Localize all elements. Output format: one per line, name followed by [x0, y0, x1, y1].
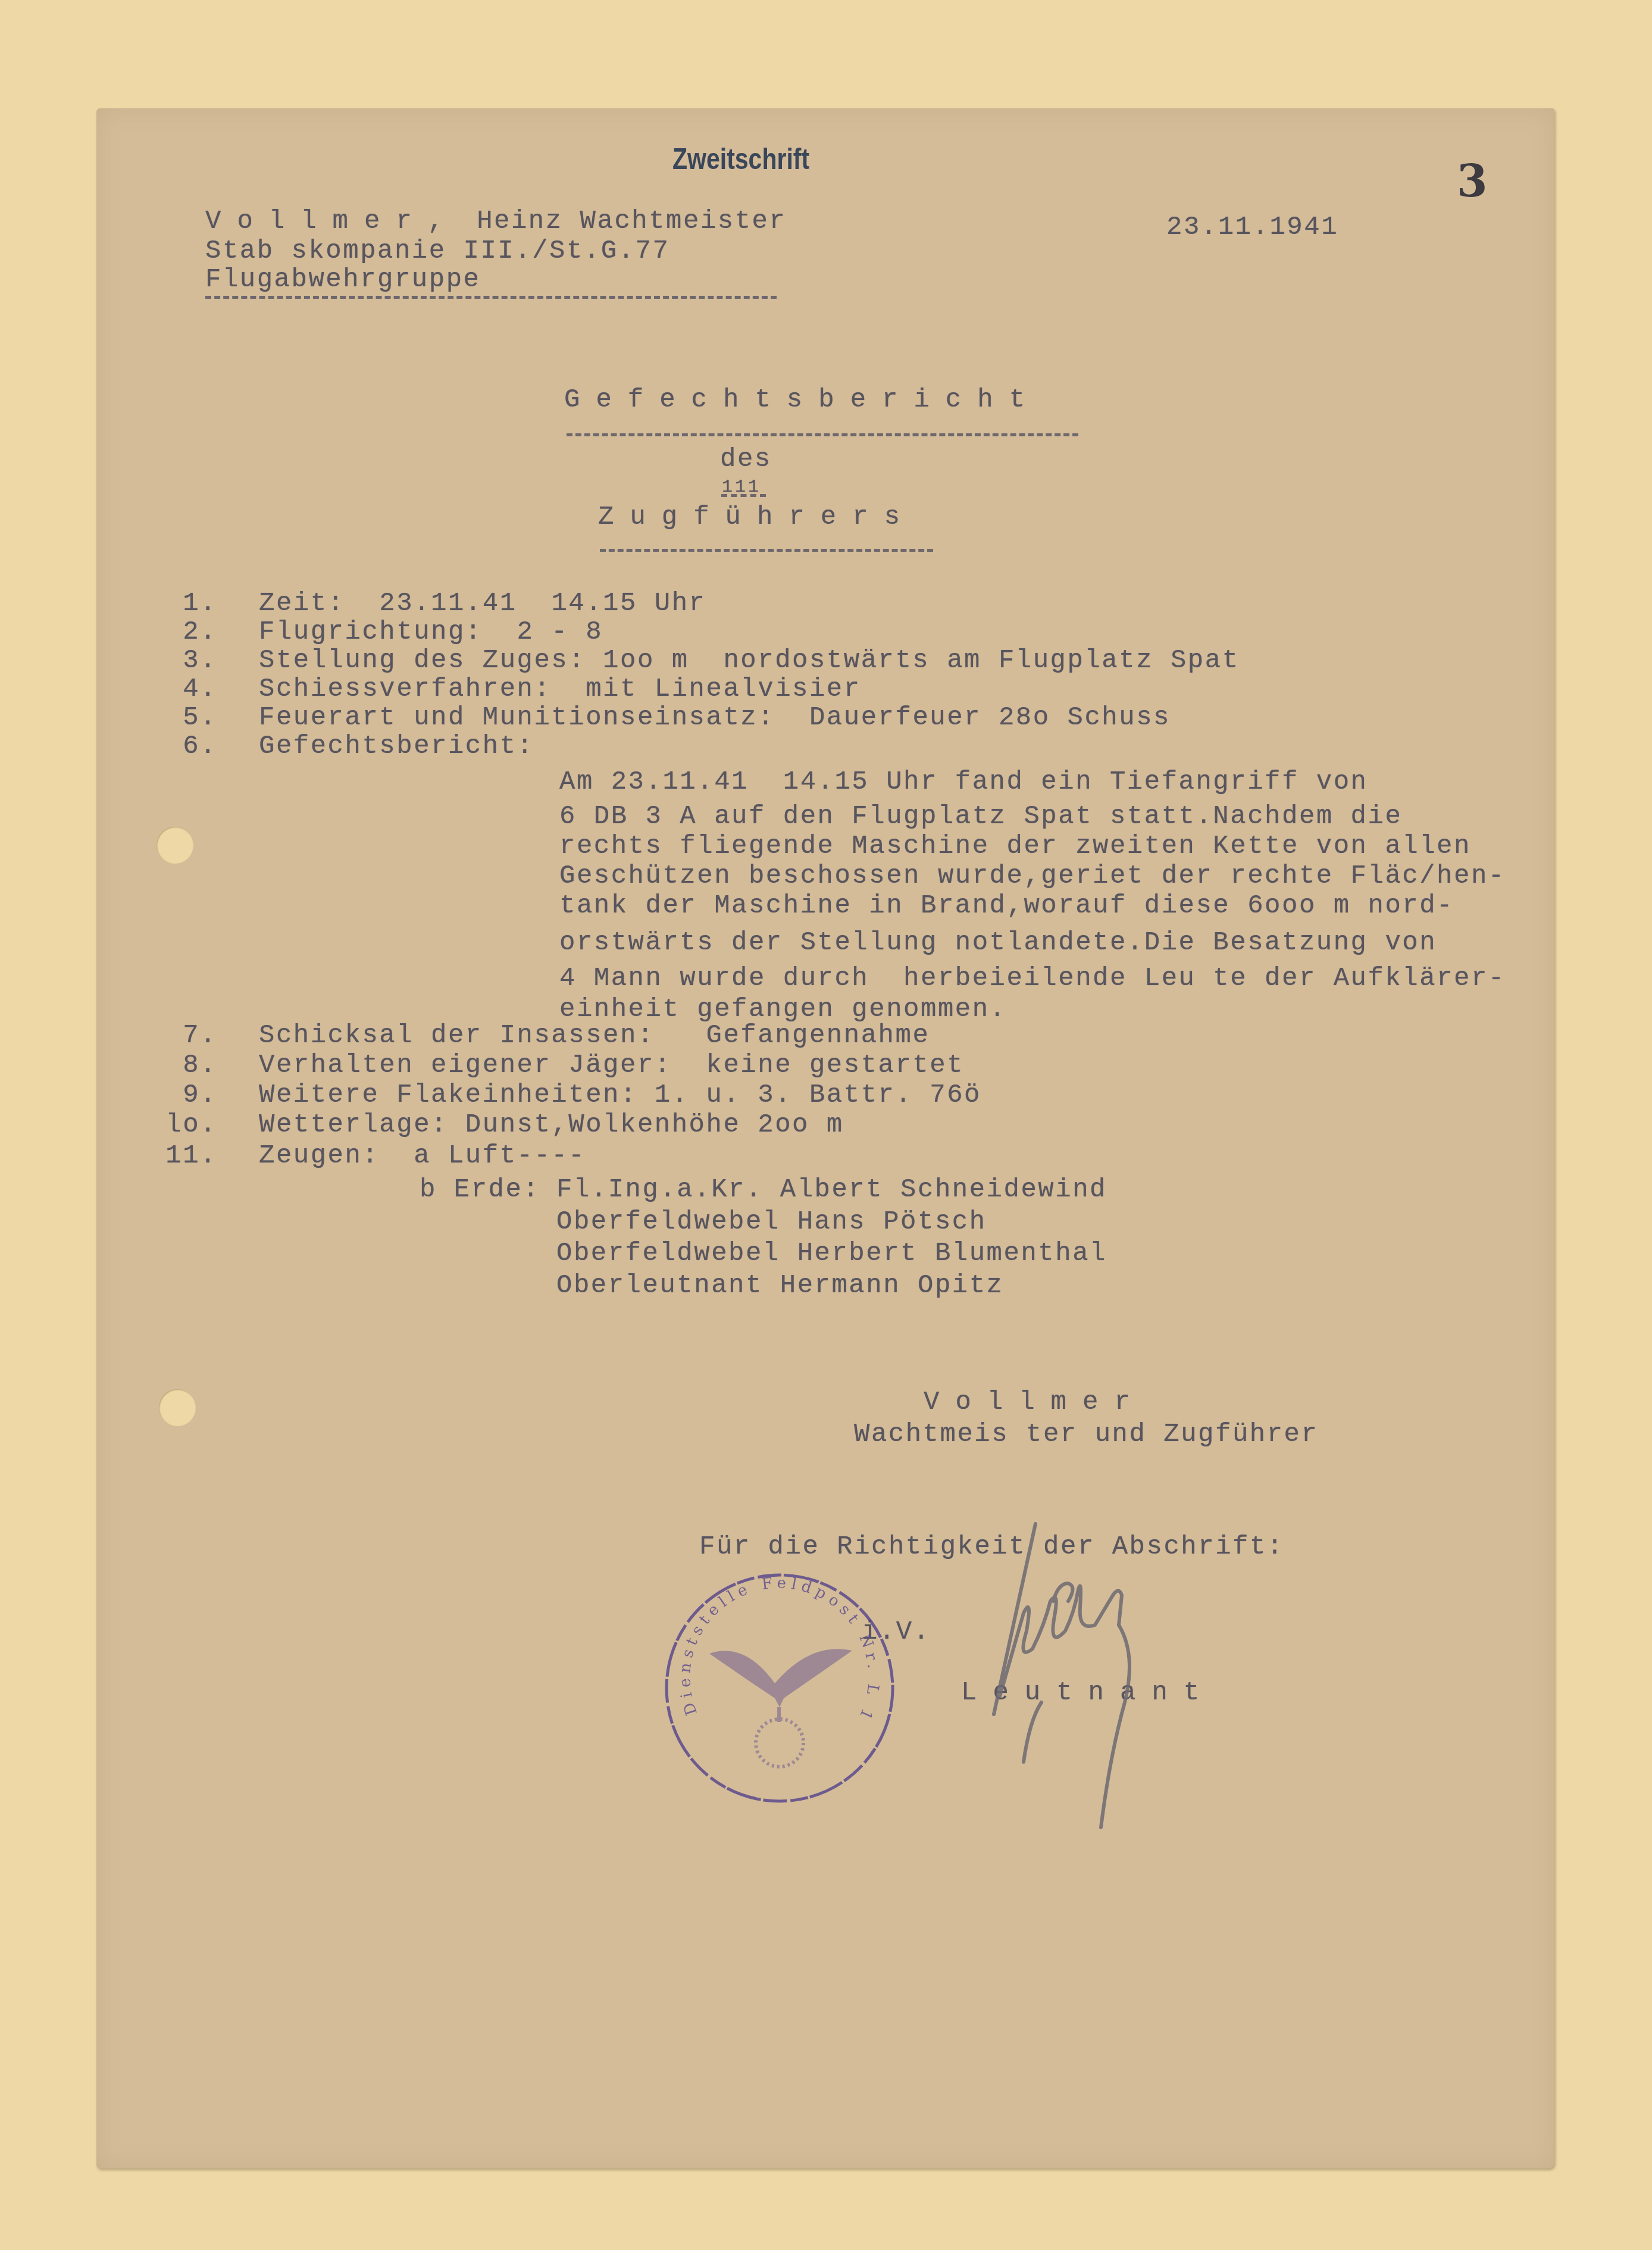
item-11: Zeugen: a Luft----	[259, 1142, 586, 1170]
item-label: Feuerart und Munitionseinsatz:	[259, 703, 775, 733]
item-number: 8.	[152, 1051, 217, 1080]
item-label: Gefechtsbericht:	[259, 732, 534, 761]
signoff-name: Vollmer	[924, 1388, 1146, 1417]
item-2: Flugrichtung: 2 - 8	[259, 618, 603, 646]
witness-name: Oberfeldwebel Herbert Blumenthal	[556, 1239, 1107, 1268]
narrative-line: tank der Maschine in Brand,worauf diese …	[559, 892, 1454, 920]
page-number: 3	[1457, 156, 1488, 207]
item-label: Schicksal der Insassen:	[259, 1021, 655, 1051]
item-label: Verhalten eigener Jäger:	[259, 1051, 672, 1080]
item-10: Wetterlage: Dunst,Wolkenhöhe 2oo m	[259, 1111, 844, 1139]
header-surname: Vollmer,	[205, 207, 459, 236]
item-value: 1oo m nordostwärts am Flugplatz Spat	[603, 646, 1239, 676]
item-label: Flugrichtung:	[259, 617, 483, 647]
item-9: Weitere Flakeinheiten: 1. u. 3. Battr. 7…	[259, 1081, 981, 1110]
title-marker: 111	[722, 473, 761, 502]
header-name-rank: Heinz Wachtmeister	[477, 207, 786, 236]
narrative-line: Am 23.11.41 14.15 Uhr fand ein Tiefangri…	[559, 768, 1368, 796]
item-number: 9.	[152, 1081, 217, 1110]
item-number: 2.	[152, 618, 217, 646]
item-number: 5.	[152, 704, 217, 732]
punch-hole-top	[157, 827, 193, 864]
item-label: Weitere Flakeinheiten:	[259, 1080, 637, 1110]
narrative-line: einheit gefangen genommen.	[559, 995, 1007, 1024]
item-label: Schiessverfahren:	[259, 674, 551, 704]
title-underline-1	[567, 433, 1078, 436]
item-5: Feuerart und Munitionseinsatz: Dauerfeue…	[259, 704, 1171, 732]
item-number: 4.	[152, 675, 217, 704]
item-value: Dauerfeuer 28o Schuss	[809, 703, 1171, 733]
item-value: 2 - 8	[517, 617, 603, 647]
narrative-line: rechts fliegende Maschine der zweiten Ke…	[559, 832, 1471, 861]
item-label: Wetterlage:	[259, 1110, 448, 1140]
item-4: Schiessverfahren: mit Linealvisier	[259, 675, 861, 704]
title-zugfuehrers: Zugführers	[598, 503, 916, 532]
item-value: mit Linealvisier	[586, 674, 861, 704]
witness-name: Fl.Ing.a.Kr. Albert Schneidewind	[556, 1176, 1107, 1204]
item-value: 1. u. 3. Battr. 76ö	[655, 1080, 981, 1110]
item-number: 3.	[152, 646, 217, 675]
handwritten-signature-icon	[922, 1506, 1250, 1839]
title-des: des	[720, 445, 772, 474]
title-underline-2	[600, 549, 933, 552]
item-number: 11.	[152, 1142, 217, 1170]
signoff-title: Wachtmeis ter und Zugführer	[854, 1420, 1318, 1449]
witness-ground-label: b Erde:	[420, 1176, 540, 1204]
item-value: Gefangennahme	[706, 1021, 930, 1051]
zweitschrift-stamp: Zweitschrift	[672, 142, 809, 176]
narrative-line: orstwärts der Stellung notlandete.Die Be…	[559, 929, 1437, 957]
narrative-line: 4 Mann wurde durch herbeieilende Leu te …	[559, 964, 1506, 993]
item-label: Zeugen:	[259, 1141, 379, 1171]
eagle-emblem-icon	[709, 1649, 852, 1767]
narrative-line: Geschützen beschossen wurde,geriet der r…	[559, 862, 1506, 890]
header-underline	[205, 296, 777, 299]
header-name-line: Vollmer, Heinz Wachtmeister	[205, 207, 786, 236]
item-number: 7.	[152, 1021, 217, 1050]
stamp-text: Dienststelle Feldpost Nr. L 17 293	[662, 1570, 883, 1727]
header-group: Flugabwehrgruppe	[205, 265, 480, 294]
witness-name: Oberleutnant Hermann Opitz	[556, 1271, 1004, 1300]
item-7: Schicksal der Insassen: Gefangennahme	[259, 1021, 930, 1050]
witness-name: Oberfeldwebel Hans Pötsch	[556, 1208, 987, 1236]
punch-hole-bottom	[159, 1389, 196, 1426]
title-gefechtsbericht: Gefechtsbericht	[564, 386, 1041, 414]
item-number: lo.	[152, 1111, 217, 1139]
official-stamp-icon: Dienststelle Feldpost Nr. L 17 293	[662, 1570, 897, 1806]
item-number: 6.	[152, 732, 217, 761]
item-value: 23.11.41 14.15 Uhr	[379, 589, 706, 618]
narrative-line: 6 DB 3 A auf den Flugplatz Spat statt.Na…	[559, 802, 1402, 831]
item-6: Gefechtsbericht:	[259, 732, 534, 761]
item-8: Verhalten eigener Jäger: keine gestartet	[259, 1051, 964, 1080]
item-3: Stellung des Zuges: 1oo m nordostwärts a…	[259, 646, 1240, 675]
item-value: a Luft----	[414, 1141, 586, 1171]
item-1: Zeit: 23.11.41 14.15 Uhr	[259, 589, 706, 618]
header-unit: Stab skompanie III./St.G.77	[205, 237, 669, 265]
item-value: Dunst,Wolkenhöhe 2oo m	[465, 1110, 844, 1140]
item-label: Stellung des Zuges:	[259, 646, 586, 676]
title-marker-underline	[721, 494, 766, 497]
item-value: keine gestartet	[706, 1051, 965, 1080]
svg-text:Dienststelle Feldpost Nr. L 17: Dienststelle Feldpost Nr. L 17 293	[662, 1570, 883, 1727]
header-date: 23.11.1941	[1166, 213, 1338, 242]
item-label: Zeit:	[259, 589, 345, 618]
item-number: 1.	[152, 589, 217, 618]
